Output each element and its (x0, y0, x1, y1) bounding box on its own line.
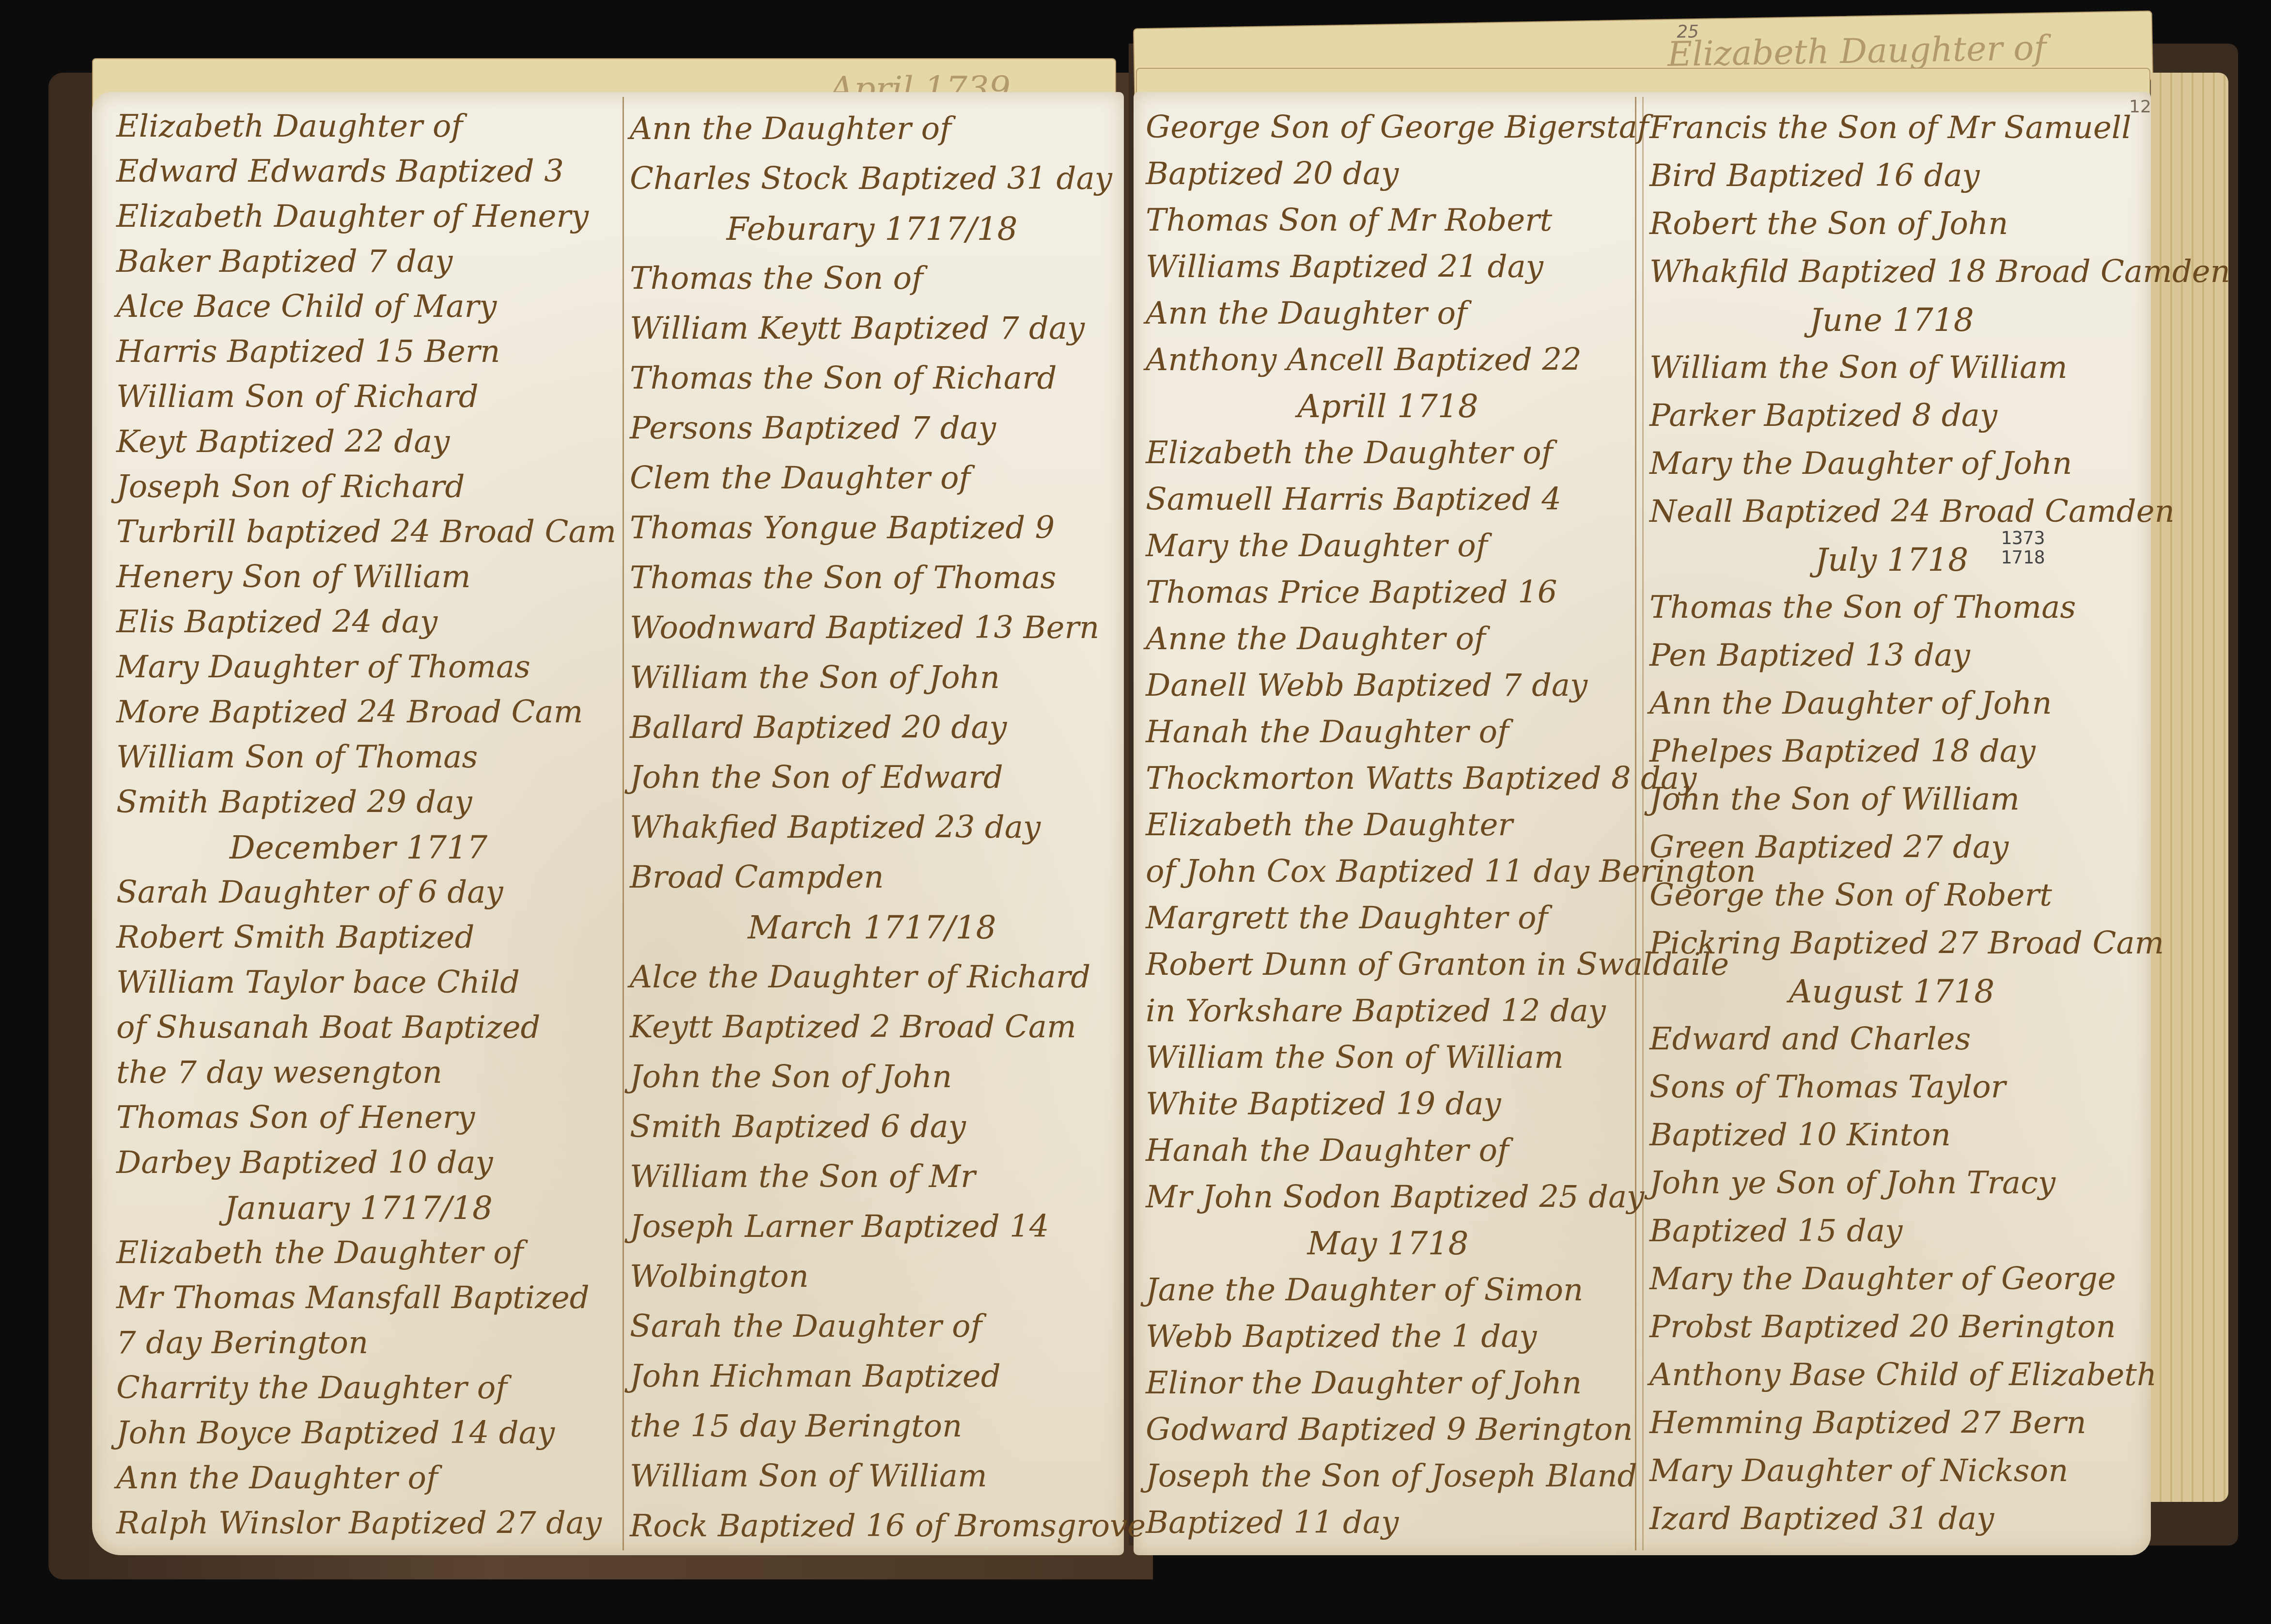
register-entry-line: Bird Baptized 16 day (1649, 152, 2134, 200)
column-rule-right-page-inner (1642, 97, 1644, 1550)
register-entry-line: Mr Thomas Mansfall Baptized (116, 1276, 601, 1321)
register-entry-line: of John Cox Baptized 11 day Berington (1146, 848, 1630, 895)
register-entry-line: Godward Baptized 9 Berington (1146, 1406, 1630, 1453)
register-entry-line: Ann the Daughter of (630, 104, 1114, 154)
register-entry-line: Elizabeth Daughter of (116, 104, 601, 149)
register-entry-line: Baptized 20 day (1146, 151, 1630, 197)
register-entry-line: Elis Baptized 24 day (116, 600, 601, 645)
register-entry-line: Charles Stock Baptized 31 day (630, 154, 1114, 204)
register-entry-line: Phelpes Baptized 18 day (1649, 728, 2134, 776)
register-entry-line: Webb Baptized the 1 day (1146, 1313, 1630, 1360)
register-entry-line: Ralph Winslor Baptized 27 day (116, 1501, 601, 1546)
register-entry-line: Pen Baptized 13 day (1649, 632, 2134, 680)
register-entry-line: Joseph Larner Baptized 14 (630, 1202, 1114, 1252)
month-heading: January 1717/18 (116, 1186, 601, 1231)
register-entry-line: William the Son of John (630, 653, 1114, 703)
register-entry-line: William Taylor bace Child (116, 960, 601, 1005)
register-entry-line: the 15 day Berington (630, 1402, 1114, 1452)
register-entry-line: Sarah Daughter of 6 day (116, 870, 601, 915)
register-entry-line: Whakfild Baptized 18 Broad Camden (1649, 248, 2134, 296)
register-entry-line: Parker Baptized 8 day (1649, 392, 2134, 440)
month-heading: July 1718 (1649, 536, 2134, 584)
register-entry-line: Thockmorton Watts Baptized 8 day (1146, 755, 1630, 802)
register-entry-line: Edward Edwards Baptized 3 (116, 149, 601, 194)
register-entry-line: John Hichman Baptized (630, 1352, 1114, 1402)
register-entry-line: Anthony Base Child of Elizabeth (1649, 1351, 2134, 1399)
register-entry-line: Persons Baptized 7 day (630, 404, 1114, 453)
register-entry-line: Mary the Daughter of George (1649, 1255, 2134, 1303)
register-entry-line: Ballard Baptized 20 day (630, 703, 1114, 753)
register-entry-line: Baker Baptized 7 day (116, 239, 601, 284)
register-entry-line: Joseph Son of Richard (116, 465, 601, 510)
register-entry-line: Thomas the Son of Thomas (1649, 584, 2134, 632)
register-entry-line: Keytt Baptized 2 Broad Cam (630, 1002, 1114, 1052)
register-entry-line: White Baptized 19 day (1146, 1081, 1630, 1127)
register-entry-line: Anthony Ancell Baptized 22 (1146, 337, 1630, 383)
register-entry-line: Probst Baptized 20 Berington (1649, 1303, 2134, 1351)
month-heading: Aprill 1718 (1146, 383, 1630, 430)
register-entry-line: Wolbington (630, 1252, 1114, 1302)
register-entry-line: Thomas the Son of (630, 254, 1114, 304)
register-entry-line: Mary Daughter of Thomas (116, 645, 601, 690)
register-entry-line: Ann the Daughter of John (1649, 680, 2134, 728)
register-entry-line: George Son of George Bigerstaf (1146, 104, 1630, 151)
register-entry-line: Thomas Son of Henery (116, 1095, 601, 1140)
register-entry-line: Samuell Harris Baptized 4 (1146, 476, 1630, 523)
register-entry-line: John ye Son of John Tracy (1649, 1159, 2134, 1207)
register-entry-line: Elizabeth Daughter of Henery (116, 194, 601, 239)
register-entry-line: Thomas Son of Mr Robert (1146, 197, 1630, 244)
register-entry-line: Elizabeth the Daughter of (1146, 430, 1630, 476)
month-heading: May 1718 (1146, 1220, 1630, 1267)
register-entry-line: Robert Dunn of Granton in Swaldaile (1146, 941, 1630, 988)
register-entry-line: Pickring Baptized 27 Broad Cam (1649, 920, 2134, 968)
register-entry-line: Smith Baptized 6 day (630, 1102, 1114, 1152)
month-heading: August 1718 (1649, 968, 2134, 1015)
register-entry-line: in Yorkshare Baptized 12 day (1146, 988, 1630, 1034)
register-entry-line: the 7 day wesengton (116, 1050, 601, 1095)
register-entry-line: Clem the Daughter of (630, 453, 1114, 503)
under-page-right-header: Elizabeth Daughter of (1667, 28, 2047, 74)
register-entry-line: Francis the Son of Mr Samuell (1649, 104, 2134, 152)
register-entry-line: Green Baptized 27 day (1649, 824, 2134, 872)
register-entry-line: Hanah the Daughter of (1146, 709, 1630, 755)
register-entry-line: Rock Baptized 16 of Bromsgrove (630, 1501, 1114, 1551)
register-entry-line: Izard Baptized 31 day (1649, 1495, 2134, 1543)
register-entry-line: George the Son of Robert (1649, 872, 2134, 920)
register-entry-line: Robert Smith Baptized (116, 915, 601, 960)
month-heading: June 1718 (1649, 296, 2134, 344)
register-entry-line: John the Son of John (630, 1052, 1114, 1102)
register-entry-line: Alce Bace Child of Mary (116, 284, 601, 329)
register-entry-line: William the Son of William (1146, 1034, 1630, 1081)
register-entry-line: Anne the Daughter of (1146, 616, 1630, 662)
register-entry-line: Joseph the Son of Joseph Bland (1146, 1453, 1630, 1499)
register-entry-line: More Baptized 24 Broad Cam (116, 690, 601, 735)
register-entry-line: Danell Webb Baptized 7 day (1146, 662, 1630, 709)
register-entry-line: Baptized 11 day (1146, 1499, 1630, 1546)
register-entry-line: Sons of Thomas Taylor (1649, 1063, 2134, 1111)
register-entry-line: Woodnward Baptized 13 Bern (630, 603, 1114, 653)
register-entry-line: Elizabeth the Daughter of (116, 1231, 601, 1276)
register-entry-line: 7 day Berington (116, 1321, 601, 1366)
register-entry-line: Baptized 10 Kinton (1649, 1111, 2134, 1159)
register-entry-line: William Son of Thomas (116, 735, 601, 780)
register-entry-line: William Son of William (630, 1452, 1114, 1501)
register-entry-line: Thomas Yongue Baptized 9 (630, 503, 1114, 553)
under-page-number: 25 (1677, 22, 1699, 42)
register-column-4: Francis the Son of Mr SamuellBird Baptiz… (1649, 104, 2134, 1543)
register-entry-line: Alce the Daughter of Richard (630, 953, 1114, 1002)
register-entry-line: Hanah the Daughter of (1146, 1127, 1630, 1174)
register-entry-line: Henery Son of William (116, 555, 601, 600)
register-entry-line: William Keytt Baptized 7 day (630, 304, 1114, 354)
register-entry-line: Harris Baptized 15 Bern (116, 329, 601, 375)
column-rule-right-page (1635, 97, 1636, 1550)
register-column-1: Elizabeth Daughter ofEdward Edwards Bapt… (116, 104, 601, 1546)
register-entry-line: Mary Daughter of Nickson (1649, 1447, 2134, 1495)
register-entry-line: Whakfied Baptized 23 day (630, 803, 1114, 853)
register-entry-line: Hemming Baptized 27 Bern (1649, 1399, 2134, 1447)
register-entry-line: John the Son of Edward (630, 753, 1114, 803)
register-entry-line: Broad Campden (630, 853, 1114, 903)
register-entry-line: Mary the Daughter of John (1649, 440, 2134, 488)
register-entry-line: Sarah the Daughter of (630, 1302, 1114, 1352)
register-entry-line: Robert the Son of John (1649, 200, 2134, 248)
register-entry-line: of Shusanah Boat Baptized (116, 1005, 601, 1050)
column-rule-left-page (622, 97, 624, 1550)
month-heading: Feburary 1717/18 (630, 204, 1114, 254)
register-entry-line: Elinor the Daughter of John (1146, 1360, 1630, 1406)
register-entry-line: John the Son of William (1649, 776, 2134, 824)
register-entry-line: Edward and Charles (1649, 1015, 2134, 1063)
register-entry-line: Turbrill baptized 24 Broad Cam (116, 510, 601, 555)
register-entry-line: Smith Baptized 29 day (116, 780, 601, 825)
register-column-2: Ann the Daughter ofCharles Stock Baptize… (630, 104, 1114, 1551)
register-entry-line: William the Son of Mr (630, 1152, 1114, 1202)
register-entry-line: Mr John Sodon Baptized 25 day (1146, 1174, 1630, 1220)
register-entry-line: William Son of Richard (116, 375, 601, 420)
register-entry-line: Neall Baptized 24 Broad Camden (1649, 488, 2134, 536)
register-entry-line: Ann the Daughter of (116, 1456, 601, 1501)
register-entry-line: Margrett the Daughter of (1146, 895, 1630, 941)
register-entry-line: Williams Baptized 21 day (1146, 244, 1630, 290)
register-entry-line: Ann the Daughter of (1146, 290, 1630, 337)
register-entry-line: Thomas the Son of Richard (630, 354, 1114, 404)
register-entry-line: Mary the Daughter of (1146, 523, 1630, 569)
register-entry-line: Baptized 15 day (1649, 1207, 2134, 1255)
month-heading: December 1717 (116, 825, 601, 870)
register-entry-line: Darbey Baptized 10 day (116, 1140, 601, 1186)
month-heading: March 1717/18 (630, 903, 1114, 953)
register-entry-line: John Boyce Baptized 14 day (116, 1411, 601, 1456)
register-entry-line: William the Son of William (1649, 344, 2134, 392)
register-entry-line: Charrity the Daughter of (116, 1366, 601, 1411)
register-entry-line: Elizabeth the Daughter (1146, 802, 1630, 848)
register-column-3: George Son of George BigerstafBaptized 2… (1146, 104, 1630, 1546)
register-entry-line: Jane the Daughter of Simon (1146, 1267, 1630, 1313)
register-entry-line: Thomas the Son of Thomas (630, 553, 1114, 603)
register-entry-line: Keyt Baptized 22 day (116, 420, 601, 465)
register-entry-line: Thomas Price Baptized 16 (1146, 569, 1630, 616)
